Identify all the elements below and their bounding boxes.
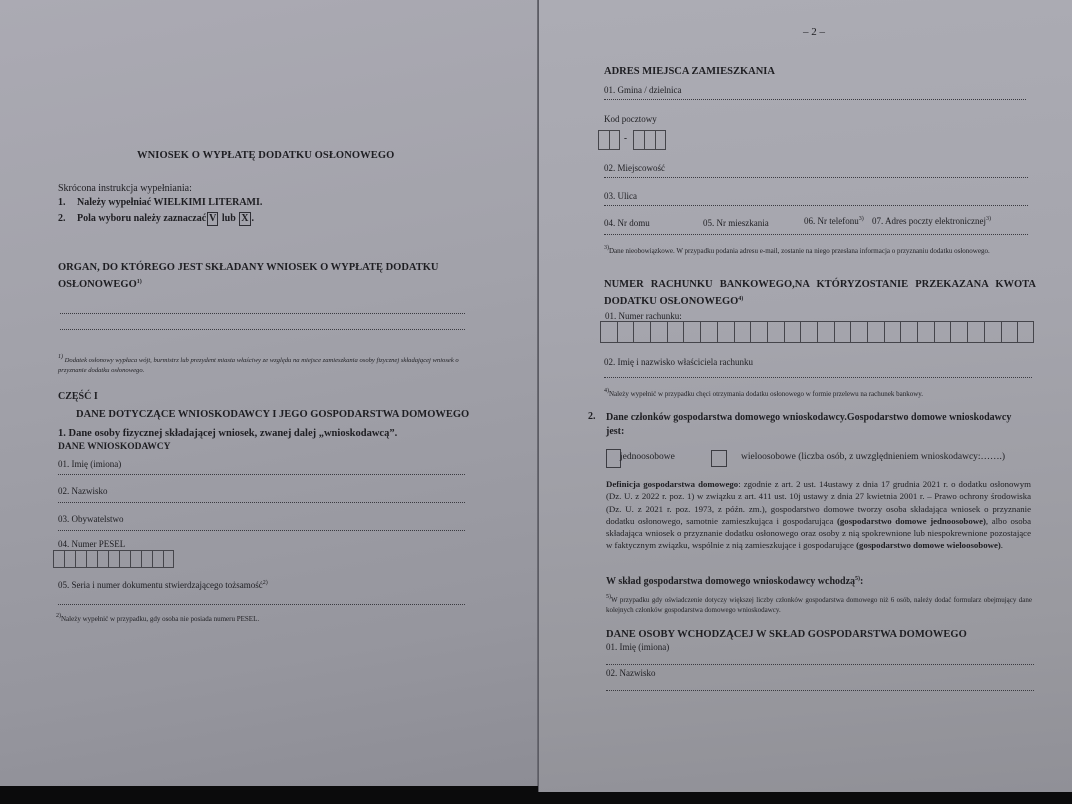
postal-code-boxes-left[interactable] (598, 130, 620, 150)
char-box[interactable] (717, 321, 734, 343)
organ-field-line-2[interactable] (60, 329, 465, 330)
form-title: WNIOSEK O WYPŁATĘ DODATKU OSŁONOWEGO (137, 150, 394, 161)
postal-code-separator: - (624, 133, 627, 143)
postal-code-label: Kod pocztowy (604, 114, 657, 124)
footnote-3: 3)Dane nieobowiązkowe. W przypadku podan… (604, 243, 1029, 256)
char-box[interactable] (850, 321, 867, 343)
char-box[interactable] (917, 321, 934, 343)
char-box[interactable] (75, 550, 86, 568)
char-box[interactable] (650, 321, 667, 343)
household-members-heading: W skład gospodarstwa domowego wnioskodaw… (606, 576, 863, 587)
house-number-label: 04. Nr domu (604, 218, 650, 228)
footnote-5: 5)W przypadku gdy oświadczenie dotyczy w… (606, 592, 1032, 615)
char-box[interactable] (108, 550, 119, 568)
id-document-label: 05. Seria i numer dokumentu stwierdzając… (58, 580, 268, 590)
char-box[interactable] (617, 321, 634, 343)
char-box[interactable] (667, 321, 684, 343)
flat-number-label: 05. Nr mieszkania (703, 218, 769, 228)
multi-household-label: wieloosobowe (liczba osób, z uwzględnien… (741, 452, 1005, 462)
household-heading: Dane członków gospodarstwa domowego wnio… (606, 411, 1036, 439)
char-box[interactable] (867, 321, 884, 343)
char-box[interactable] (1001, 321, 1018, 343)
char-box[interactable] (97, 550, 108, 568)
section-title: DANE DOTYCZĄCE WNIOSKODAWCY I JEGO GOSPO… (76, 409, 469, 420)
member-data-heading: DANE OSOBY WCHODZĄCEJ W SKŁAD GOSPODARST… (606, 629, 967, 640)
char-box[interactable] (750, 321, 767, 343)
surname-field[interactable] (58, 502, 465, 503)
account-number-label: 01. Numer rachunku: (605, 311, 682, 321)
char-box[interactable] (950, 321, 967, 343)
surname-label: 02. Nazwisko (58, 486, 108, 496)
single-household-label: jednoosobowe (620, 452, 675, 462)
pesel-label: 04. Numer PESEL (58, 539, 125, 549)
char-box[interactable] (1017, 321, 1034, 343)
pesel-input-boxes[interactable] (53, 550, 174, 568)
citizenship-label: 03. Obywatelstwo (58, 514, 124, 524)
multi-household-checkbox[interactable] (711, 450, 727, 467)
char-box[interactable] (600, 321, 617, 343)
form-page-1: WNIOSEK O WYPŁATĘ DODATKU OSŁONOWEGO Skr… (0, 0, 538, 786)
town-label: 02. Miejscowość (604, 163, 665, 173)
char-box[interactable] (700, 321, 717, 343)
char-box[interactable] (130, 550, 141, 568)
char-box[interactable] (141, 550, 152, 568)
char-box[interactable] (934, 321, 951, 343)
citizenship-field[interactable] (58, 530, 465, 531)
street-label: 03. Ulica (604, 191, 637, 201)
commune-field[interactable] (604, 99, 1026, 100)
phone-label: 06. Nr telefonu3) (804, 216, 864, 226)
char-box[interactable] (53, 550, 64, 568)
char-box[interactable] (884, 321, 901, 343)
char-box[interactable] (683, 321, 700, 343)
char-box[interactable] (609, 130, 620, 150)
char-box[interactable] (734, 321, 751, 343)
account-number-boxes[interactable] (600, 321, 1034, 343)
organ-field-line-1[interactable] (60, 313, 465, 314)
char-box[interactable] (967, 321, 984, 343)
footnote-4: 4)Należy wypełnić w przypadku chęci otrz… (604, 388, 923, 398)
member-surname-label: 02. Nazwisko (606, 668, 656, 678)
postal-code-boxes-right[interactable] (633, 130, 666, 150)
instructions-heading: Skrócona instrukcja wypełniania: (58, 183, 192, 194)
single-household-checkbox[interactable] (606, 449, 621, 468)
footnote-2: 2)Należy wypełnić w przypadku, gdy osoba… (56, 613, 259, 623)
char-box[interactable] (119, 550, 130, 568)
check-mark-example-x: X (239, 212, 250, 226)
char-box[interactable] (152, 550, 163, 568)
town-field[interactable] (604, 177, 1028, 178)
page-number: – 2 – (803, 26, 825, 38)
account-owner-label: 02. Imię i nazwisko właściciela rachunku (604, 357, 753, 367)
bank-account-heading: NUMER RACHUNKU BANKOWEGO,NA KTÓRYZOSTANI… (604, 278, 1036, 309)
first-name-label: 01. Imię (imiona) (58, 459, 121, 469)
char-box[interactable] (817, 321, 834, 343)
email-label: 07. Adres poczty elektronicznej3) (872, 216, 991, 226)
account-owner-field[interactable] (604, 377, 1032, 378)
char-box[interactable] (86, 550, 97, 568)
char-box[interactable] (784, 321, 801, 343)
char-box[interactable] (64, 550, 75, 568)
char-box[interactable] (767, 321, 784, 343)
street-field[interactable] (604, 205, 1028, 206)
house-phone-email-field[interactable] (604, 234, 1028, 235)
char-box[interactable] (598, 130, 609, 150)
char-box[interactable] (644, 130, 655, 150)
member-surname-field[interactable] (606, 690, 1034, 691)
member-first-name-label: 01. Imię (imiona) (606, 642, 669, 652)
household-section-number: 2. (588, 411, 596, 422)
member-first-name-field[interactable] (606, 664, 1034, 665)
instruction-item-2: 2.Pola wyboru należy zaznaczaćV lub X. (58, 212, 254, 226)
subsection-heading: 1. Dane osoby fizycznej składającej wnio… (58, 428, 397, 439)
commune-label: 01. Gmina / dzielnica (604, 85, 681, 95)
char-box[interactable] (633, 130, 644, 150)
household-definition: Definicja gospodarstwa domowego: zgodnie… (606, 478, 1031, 552)
char-box[interactable] (800, 321, 817, 343)
char-box[interactable] (655, 130, 666, 150)
footnote-1: 1) Dodatek osłonowy wypłaca wójt, burmis… (58, 352, 478, 376)
first-name-field[interactable] (58, 474, 465, 475)
check-mark-example-v: V (207, 212, 218, 226)
instruction-item-1: 1.Należy wypełniać WIELKIMI LITERAMI. (58, 197, 262, 208)
char-box[interactable] (900, 321, 917, 343)
char-box[interactable] (633, 321, 650, 343)
applicant-heading: DANE WNIOSKODAWCY (58, 442, 171, 452)
char-box[interactable] (834, 321, 851, 343)
address-heading: ADRES MIEJSCA ZAMIESZKANIA (604, 66, 775, 77)
id-document-field[interactable] (58, 604, 465, 605)
part-label: CZĘŚĆ I (58, 391, 98, 402)
char-box[interactable] (163, 550, 174, 568)
char-box[interactable] (984, 321, 1001, 343)
organ-heading: ORGAN, DO KTÓREGO JEST SKŁADANY WNIOSEK … (58, 261, 458, 292)
